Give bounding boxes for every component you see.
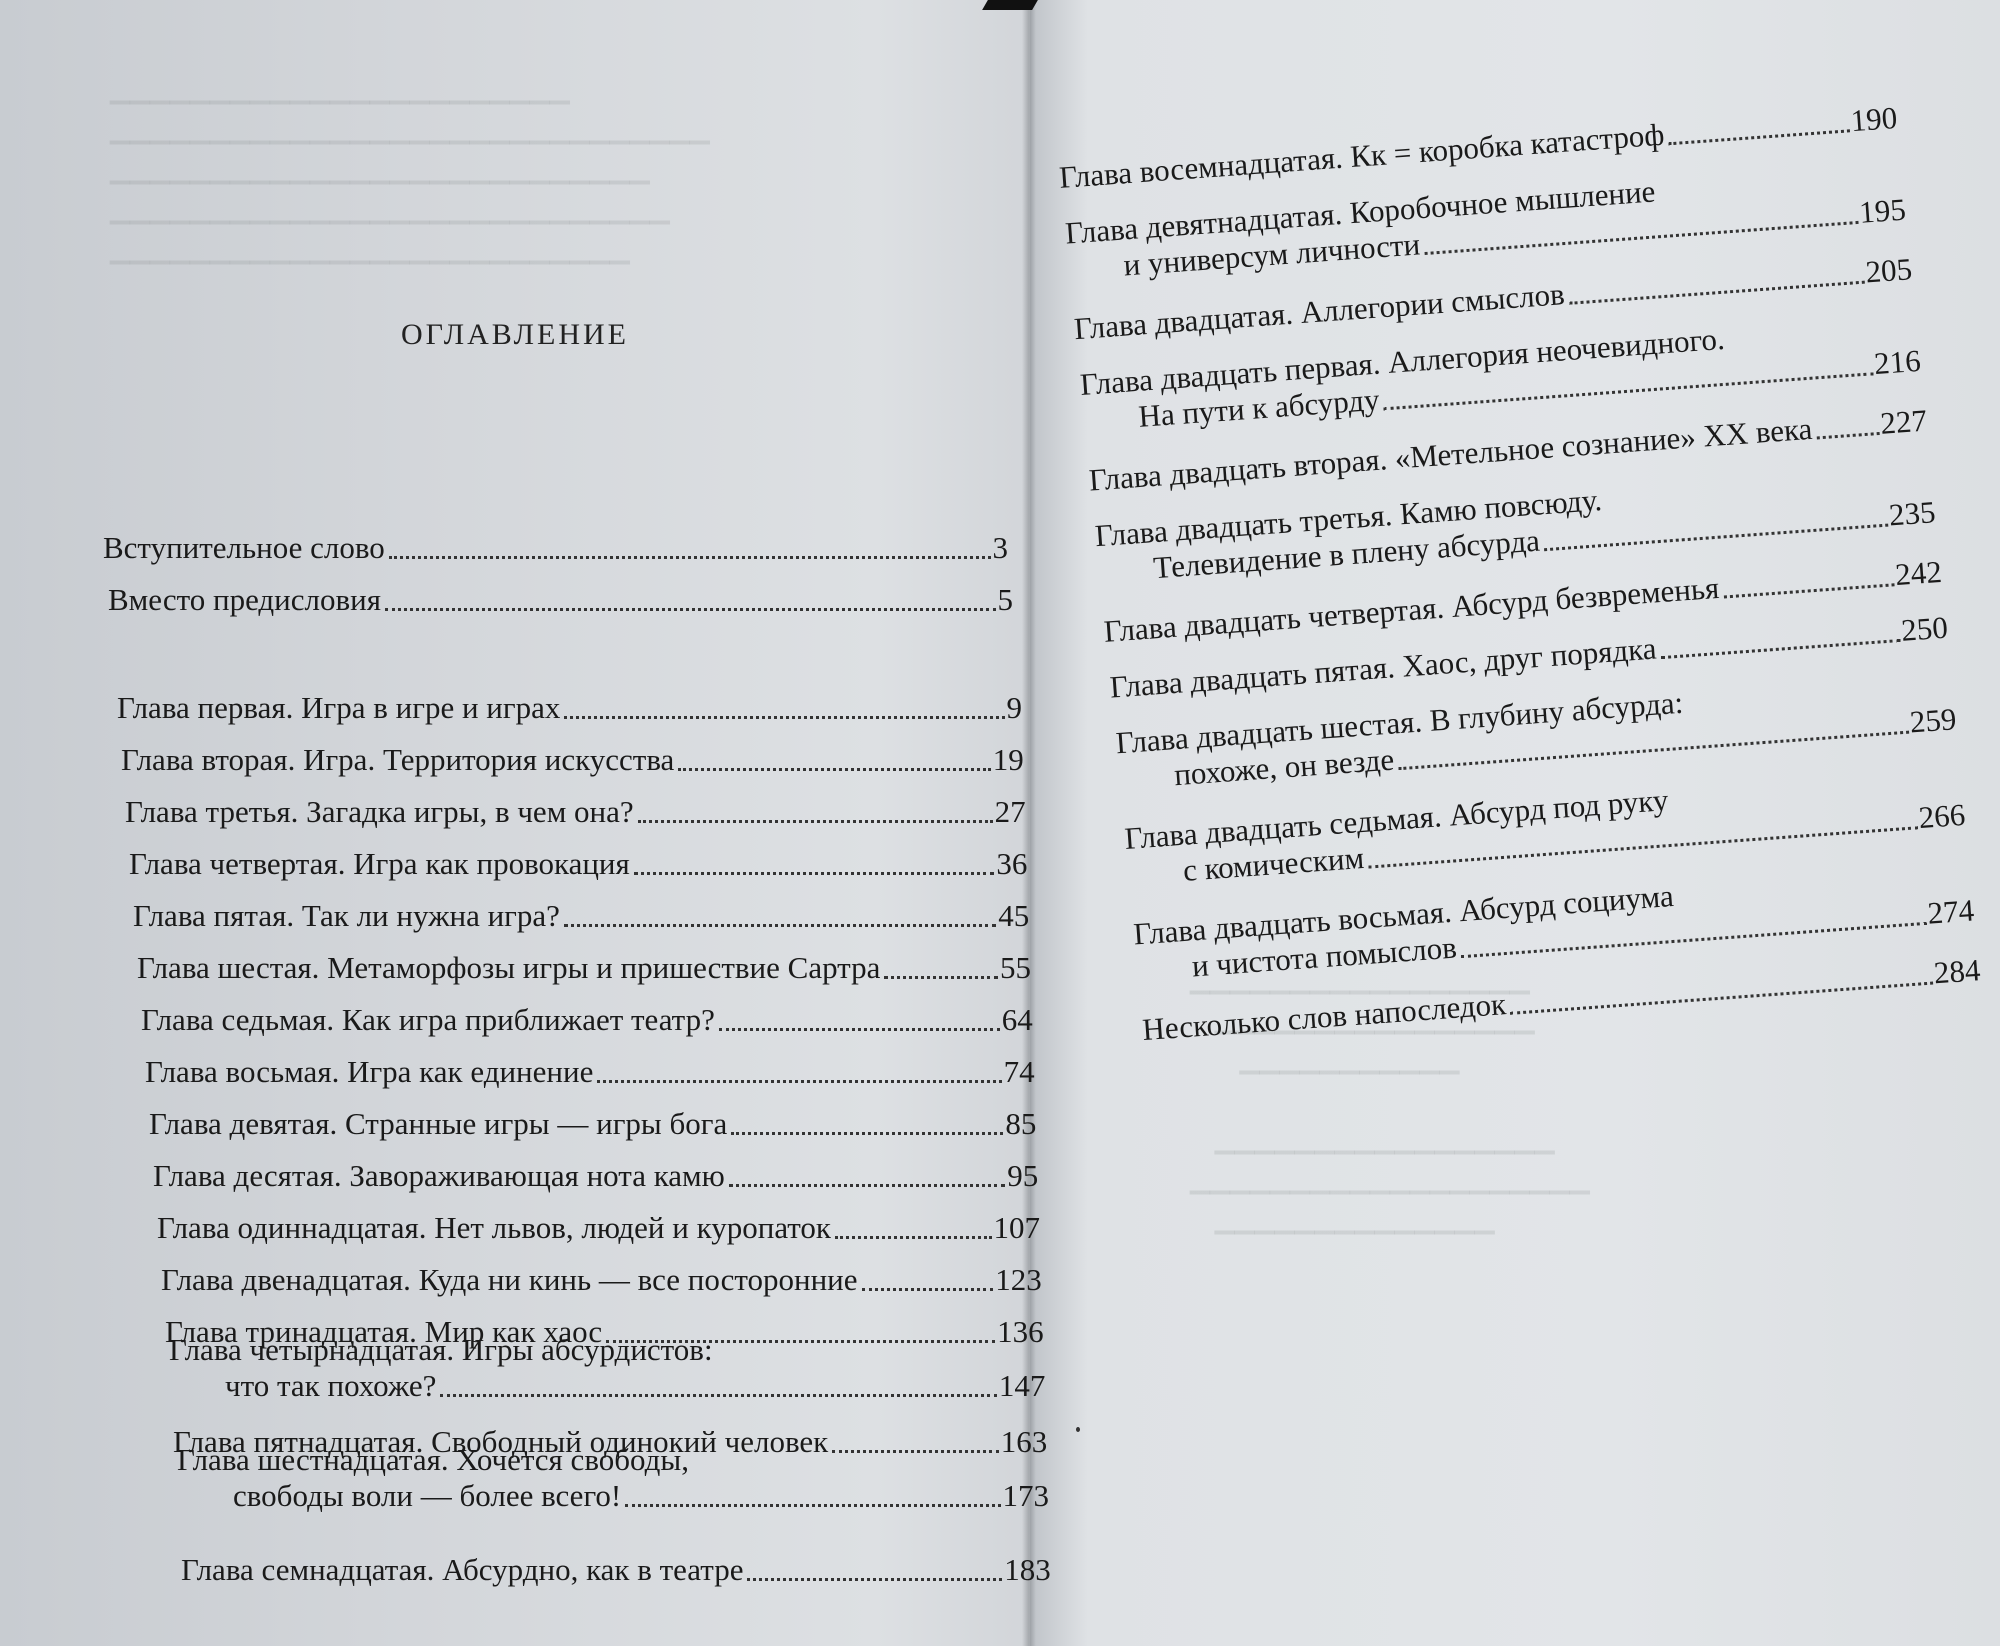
toc-entry-page-number: 85 <box>1005 1106 1036 1142</box>
toc-entry-title-line1: Глава четырнадцатая. Игры абсурдистов: <box>169 1332 999 1368</box>
toc-entry: Глава десятая. Завораживающая нота камю9… <box>153 1158 1038 1194</box>
toc-entry-page-number: 45 <box>998 898 1029 934</box>
toc-entry-page-number: 27 <box>995 794 1026 830</box>
toc-entry-page-number: 9 <box>1007 690 1023 726</box>
toc-entry-title: Вместо предисловия <box>108 582 381 618</box>
toc-entry-page-number: 95 <box>1007 1158 1038 1194</box>
toc-entry: Глава пятая. Так ли нужна игра?45 <box>133 898 1029 934</box>
toc-entry-title: свободы воли — более всего! <box>233 1478 621 1514</box>
dot-leader <box>835 1230 992 1239</box>
dot-leader <box>638 814 993 823</box>
toc-entry-page-number: 19 <box>993 742 1024 778</box>
toc-entry-page-number: 5 <box>998 582 1014 618</box>
toc-entry: Глава вторая. Игра. Территория искусства… <box>121 742 1024 778</box>
dot-leader <box>1816 426 1879 439</box>
toc-entry-page-number: 190 <box>1849 100 1898 139</box>
book-spread: ▁▁▁▁▁▁▁▁▁▁▁▁▁▁▁▁▁▁▁▁▁▁▁ ▁▁▁▁▁▁▁▁▁▁▁▁▁▁▁▁… <box>0 0 2000 1646</box>
toc-entry-title: Глава пятая. Так ли нужна игра? <box>133 898 560 934</box>
dot-leader <box>389 550 991 559</box>
toc-entry: Глава восьмая. Игра как единение74 <box>145 1054 1035 1090</box>
dot-leader <box>678 762 990 771</box>
toc-entry-page-number: 259 <box>1909 701 1958 740</box>
toc-entry-title: Глава вторая. Игра. Территория искусства <box>121 742 674 778</box>
toc-entry: Глава первая. Игра в игре и играх9 <box>117 690 1022 726</box>
toc-entry-page-number: 284 <box>1933 952 1982 991</box>
toc-entry-page-number: 274 <box>1926 892 1975 931</box>
toc-entry-page-number: 205 <box>1864 251 1913 290</box>
toc-entry-page-number: 242 <box>1894 554 1943 593</box>
toc-entry-page-number: 36 <box>996 846 1027 882</box>
print-speck <box>1076 1427 1080 1432</box>
dot-leader <box>385 602 996 611</box>
toc-entry-title: Глава десятая. Завораживающая нота камю <box>153 1158 725 1194</box>
toc-entry-page-number: 173 <box>1003 1478 1050 1514</box>
toc-entry: Глава одиннадцатая. Нет львов, людей и к… <box>157 1210 1040 1246</box>
toc-entry: Глава шестнадцатая. Хочется свободы,своб… <box>177 1442 1049 1514</box>
toc-entry: Глава двенадцатая. Куда ни кинь — все по… <box>161 1262 1042 1298</box>
toc-entry-title: Глава семнадцатая. Абсурдно, как в театр… <box>181 1552 743 1588</box>
toc-heading: ОГЛАВЛЕНИЕ <box>0 318 1030 352</box>
toc-entry-page-number: 195 <box>1858 192 1907 231</box>
toc-entry: Глава девятая. Странные игры — игры бога… <box>149 1106 1036 1142</box>
dot-leader <box>729 1178 1005 1187</box>
dot-leader <box>747 1572 1002 1581</box>
dot-leader <box>731 1126 1003 1135</box>
toc-entry-title: Глава четвертая. Игра как провокация <box>129 846 630 882</box>
toc-entry-page-number: 266 <box>1917 797 1966 836</box>
toc-entry-title: Глава одиннадцатая. Нет львов, людей и к… <box>157 1210 831 1246</box>
toc-entry-title: Вступительное слово <box>103 530 385 566</box>
dot-leader <box>597 1074 1001 1083</box>
toc-entry-page-number: 55 <box>1000 950 1031 986</box>
toc-entry-page-number: 64 <box>1002 1002 1033 1038</box>
toc-entry: Глава четырнадцатая. Игры абсурдистов:чт… <box>169 1332 1045 1404</box>
toc-entry-title: Глава первая. Игра в игре и играх <box>117 690 560 726</box>
toc-entry-page-number: 123 <box>995 1262 1042 1298</box>
dot-leader <box>440 1388 997 1397</box>
toc-entry: Глава третья. Загадка игры, в чем она?27 <box>125 794 1026 830</box>
toc-entry-title: Глава седьмая. Как игра приближает театр… <box>141 1002 715 1038</box>
dot-leader <box>634 866 995 875</box>
toc-entry-title: Глава двенадцатая. Куда ни кинь — все по… <box>161 1262 858 1298</box>
toc-entry-page-number: 183 <box>1004 1552 1051 1588</box>
toc-entry-title-line1: Глава шестнадцатая. Хочется свободы, <box>177 1442 1003 1478</box>
toc-entry-page-number: 74 <box>1004 1054 1035 1090</box>
toc-entry-page-number: 3 <box>993 530 1009 566</box>
toc-entry-title: что так похоже? <box>225 1368 436 1404</box>
toc-entry: Глава шестая. Метаморфозы игры и пришест… <box>137 950 1031 986</box>
toc-entry-page-number: 250 <box>1900 610 1949 649</box>
toc-entry-title: Глава шестая. Метаморфозы игры и пришест… <box>137 950 880 986</box>
dot-leader <box>625 1498 1000 1507</box>
toc-entry: Глава четвертая. Игра как провокация36 <box>129 846 1027 882</box>
dot-leader <box>884 970 998 979</box>
toc-entry: Глава семнадцатая. Абсурдно, как в театр… <box>181 1552 1051 1588</box>
dot-leader <box>564 710 1004 719</box>
cover-edge <box>982 0 1038 10</box>
dot-leader <box>564 918 996 927</box>
toc-entry-title: Глава девятая. Странные игры — игры бога <box>149 1106 727 1142</box>
toc-entry-page-number: 216 <box>1873 343 1922 382</box>
toc-entry-page-number: 227 <box>1879 403 1928 442</box>
toc-entry-page-number: 147 <box>999 1368 1046 1404</box>
toc-entry: Вместо предисловия5 <box>108 582 1013 618</box>
dot-leader <box>862 1282 994 1291</box>
toc-entry: Глава седьмая. Как игра приближает театр… <box>141 1002 1033 1038</box>
bleed-through-text: ▁▁▁▁▁▁▁▁▁▁▁▁▁▁▁▁▁▁▁▁▁▁▁ ▁▁▁▁▁▁▁▁▁▁▁▁▁▁▁▁… <box>110 70 710 270</box>
toc-entry-page-number: 107 <box>994 1210 1041 1246</box>
toc-entry-title: Глава третья. Загадка игры, в чем она? <box>125 794 634 830</box>
dot-leader <box>719 1022 1000 1031</box>
toc-entry-title: Глава восьмая. Игра как единение <box>145 1054 593 1090</box>
toc-entry-page-number: 235 <box>1888 494 1937 533</box>
toc-entry: Вступительное слово3 <box>103 530 1008 566</box>
